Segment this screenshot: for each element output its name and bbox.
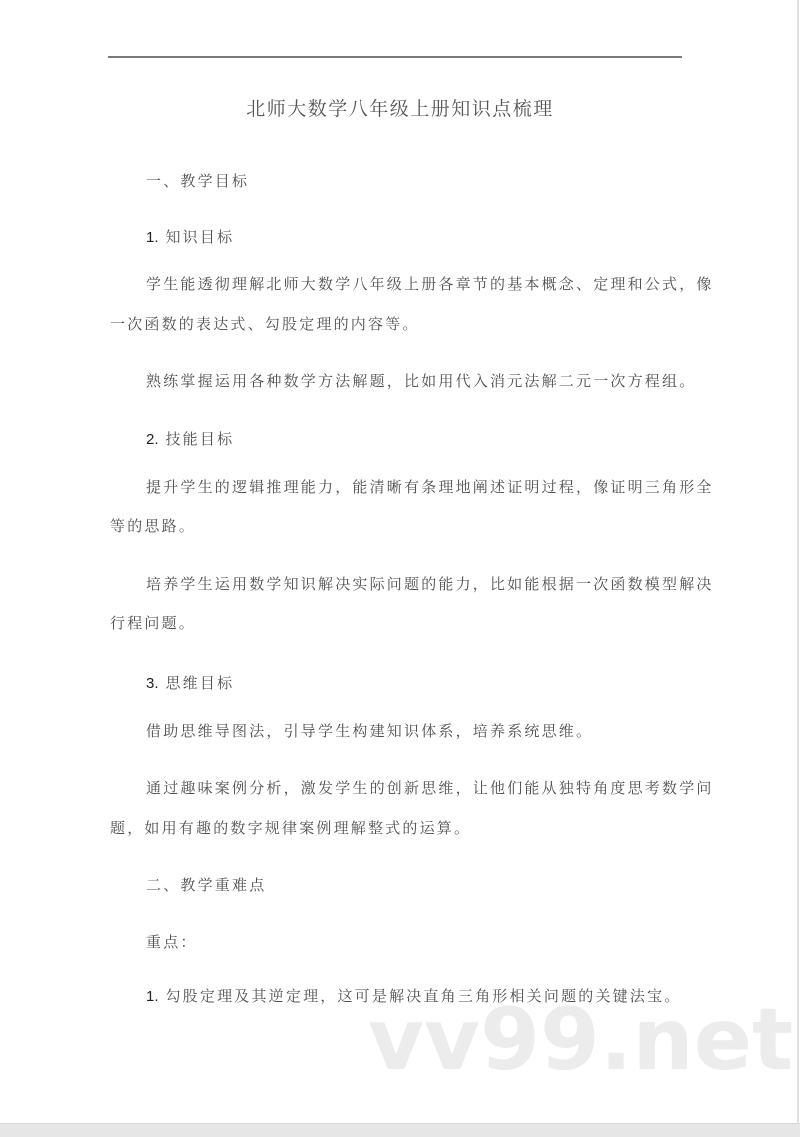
key-points-label: 重点： <box>146 931 198 952</box>
subsection-title: 思维目标 <box>165 674 234 692</box>
item-number: 1. <box>146 988 159 1005</box>
subsection-title: 技能目标 <box>165 430 234 448</box>
section-heading: 二、教学重难点 <box>146 874 266 895</box>
paragraph-line: 等的思路。 <box>110 515 196 536</box>
paragraph-line: 题，如用有趣的数字规律案例理解整式的运算。 <box>110 817 471 838</box>
paragraph-line: 学生能透彻理解北师大数学八年级上册各章节的基本概念、定理和公式，像 <box>146 273 714 294</box>
subsection-number: 2. <box>146 431 159 448</box>
watermark: vv99.net <box>368 990 793 1090</box>
page-bottom-edge <box>0 1123 800 1137</box>
paragraph-line: 培养学生运用数学知识解决实际问题的能力，比如能根据一次函数模型解决 <box>146 573 714 594</box>
paragraph-line: 通过趣味案例分析，激发学生的创新思维，让他们能从独特角度思考数学问 <box>146 777 714 798</box>
header-rule <box>108 56 682 58</box>
subsection-number: 3. <box>146 675 159 692</box>
paragraph-line: 提升学生的逻辑推理能力，能清晰有条理地阐述证明过程，像证明三角形全 <box>146 476 714 497</box>
paragraph-line: 一次函数的表达式、勾股定理的内容等。 <box>110 313 420 334</box>
document-title: 北师大数学八年级上册知识点梳理 <box>0 94 800 121</box>
subsection-title: 知识目标 <box>165 228 234 246</box>
section-heading: 一、教学目标 <box>146 170 249 191</box>
paragraph-line: 熟练掌握运用各种数学方法解题，比如用代入消元法解二元一次方程组。 <box>146 370 696 391</box>
subsection-heading: 2. 技能目标 <box>146 428 234 449</box>
subsection-number: 1. <box>146 229 159 246</box>
paragraph-line: 行程问题。 <box>110 612 196 633</box>
paragraph-line: 借助思维导图法，引导学生构建知识体系，培养系统思维。 <box>146 720 593 741</box>
document-page: 北师大数学八年级上册知识点梳理 一、教学目标 1. 知识目标 学生能透彻理解北师… <box>0 0 799 1123</box>
subsection-heading: 3. 思维目标 <box>146 672 234 693</box>
subsection-heading: 1. 知识目标 <box>146 226 234 247</box>
